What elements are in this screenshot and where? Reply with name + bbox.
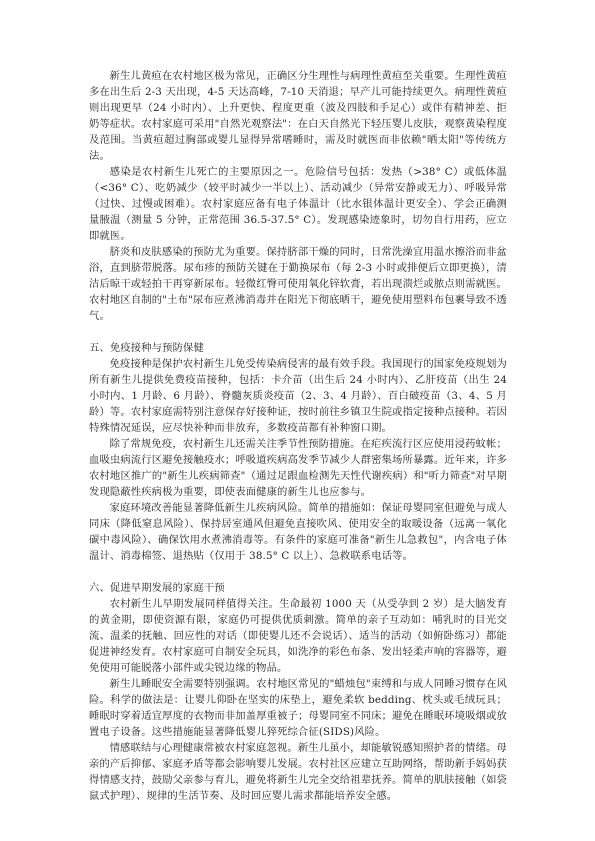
paragraph-seasonal-prevention: 除了常规免疫，农村新生儿还需关注季节性预防措施。在疟疾流行区应使用浸药蚊帐；血吸… (89, 436, 507, 500)
paragraph-emotional-bonding: 情感联结与心理健康常被农村家庭忽视。新生儿虽小，却能敏锐感知照护者的情绪。母亲的… (89, 740, 507, 804)
paragraph-umbilical-skin-care: 脐炎和皮肤感染的预防尤为重要。保持脐部干燥的同时，日常洗澡宜用温水擦浴而非盆浴，… (89, 244, 507, 324)
paragraph-infection: 感染是农村新生儿死亡的主要原因之一。危险信号包括：发热（>38° C）或低体温（… (89, 164, 507, 244)
paragraph-vaccination: 免疫接种是保护农村新生儿免受传染病侵害的最有效手段。我国现行的国家免疫规划为所有… (89, 356, 507, 436)
paragraph-sleep-safety: 新生儿睡眠安全需要特别强调。农村地区常见的"蜡烛包"束缚和与成人同睡习惯存在风险… (89, 676, 507, 740)
section-heading-early-development: 六、促进早期发展的家庭干预 (89, 580, 507, 596)
document-page: 新生儿黄疸在农村地区极为常见，正确区分生理性与病理性黄疸至关重要。生理性黄疸多在… (89, 68, 507, 804)
paragraph-early-development: 农村新生儿早期发展同样值得关注。生命最初 1000 天（从受孕到 2 岁）是大脑… (89, 596, 507, 676)
paragraph-home-environment: 家庭环境改善能显著降低新生儿疾病风险。简单的措施如：保证母婴同室但避免与成人同床… (89, 500, 507, 564)
paragraph-jaundice: 新生儿黄疸在农村地区极为常见，正确区分生理性与病理性黄疸至关重要。生理性黄疸多在… (89, 68, 507, 164)
section-heading-immunization: 五、免疫接种与预防保健 (89, 340, 507, 356)
